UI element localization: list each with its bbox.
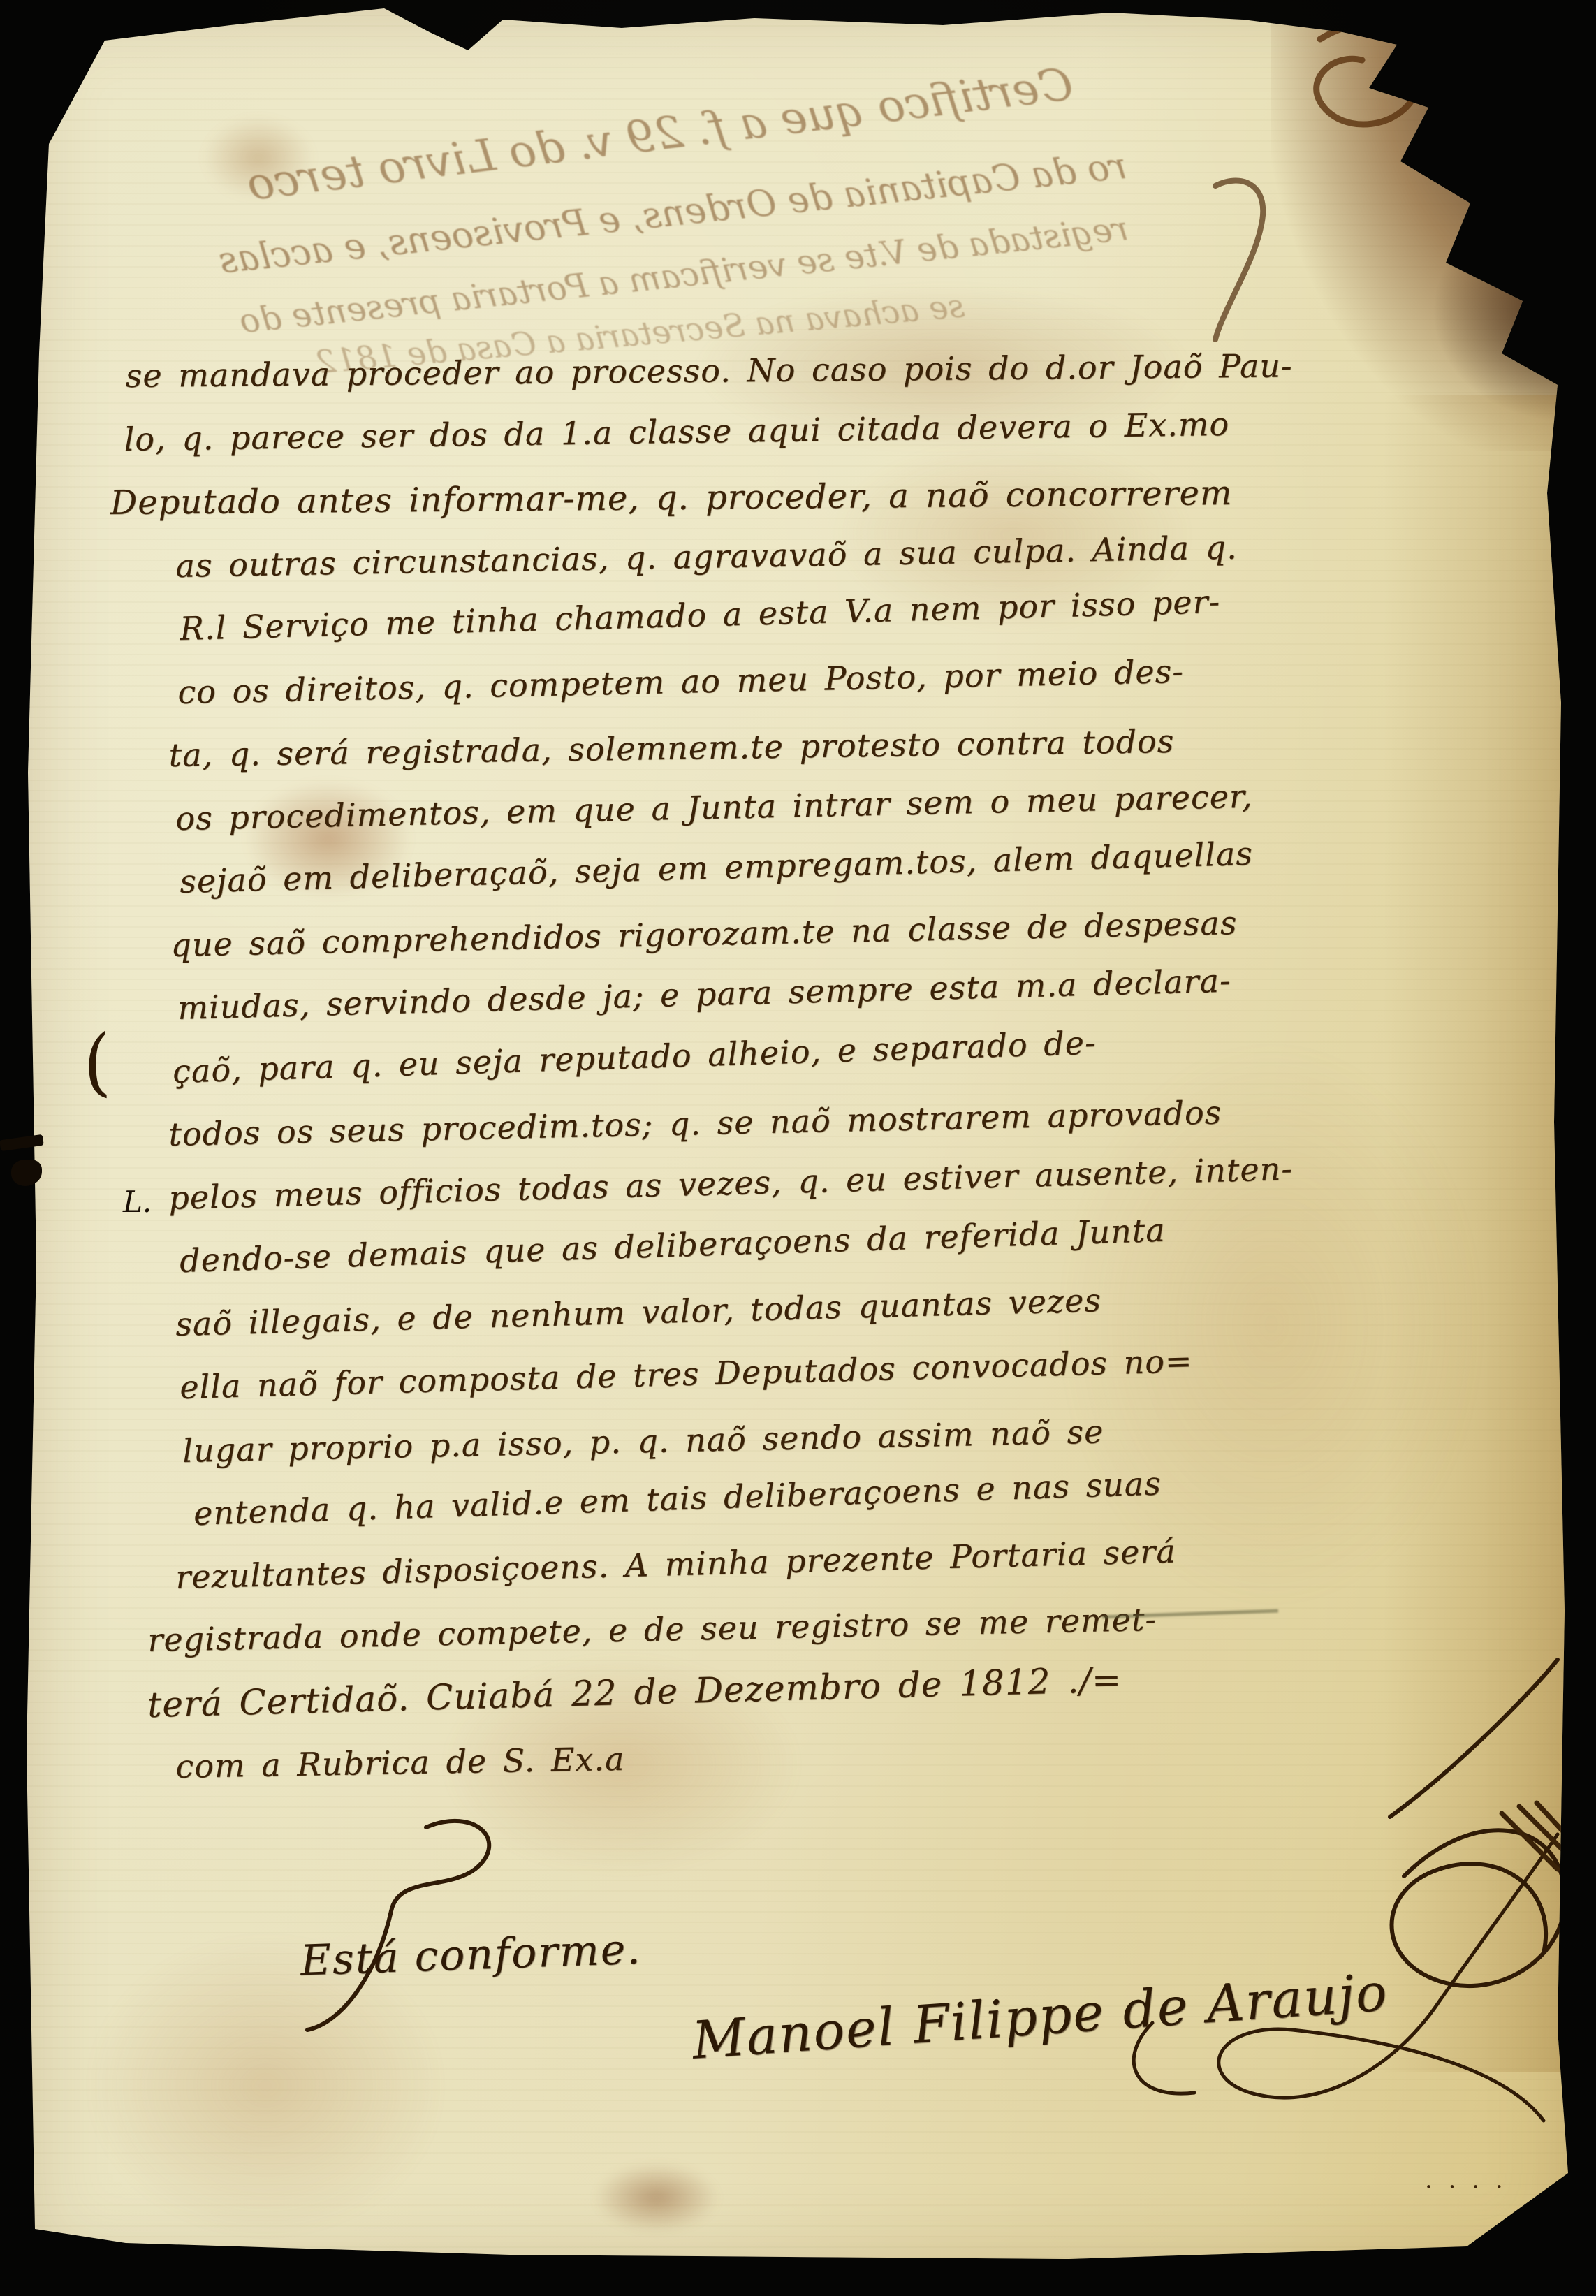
manuscript-line: as outras circunstancias, q. agravavaõ a…: [175, 528, 1238, 585]
manuscript-line: Deputado antes informar-me, q. proceder,…: [110, 474, 1233, 522]
closing-flourish: [279, 1813, 559, 2037]
bleedthrough-flourish: [1111, 11, 1474, 346]
manuscript-line: entenda q. ha valid.e em tais deliberaço…: [193, 1464, 1162, 1533]
manuscript-line: co os direitos, q. competem ao meu Posto…: [177, 652, 1184, 711]
manuscript-line: R.l Serviço me tinha chamado a esta V.a …: [180, 583, 1221, 648]
manuscript-line: se mandava proceder ao processo. No caso…: [126, 346, 1293, 395]
manuscript-line: miudas, servindo desde ja; e para sempre…: [177, 962, 1232, 1027]
manuscript-line: todos os seus procedim.tos; q. se naõ mo…: [168, 1093, 1222, 1153]
manuscript-line: terá Certidaõ. Cuiabá 22 de Dezembro de …: [147, 1659, 1122, 1725]
manuscript-line: lugar proprio p.a isso, p. q. naõ sendo …: [182, 1412, 1104, 1470]
manuscript-line: sejaõ em deliberaçaõ, seja em empregam.t…: [180, 835, 1254, 900]
manuscript-line: ella naõ for composta de tres Deputados …: [180, 1342, 1194, 1406]
manuscript-line: com a Rubrica de S. Ex.a: [175, 1740, 625, 1785]
manuscript-line: pelos meus officios todas as vezes, q. e…: [168, 1150, 1294, 1217]
margin-mark: L.: [123, 1185, 152, 1219]
manuscript-line: que saõ comprehendidos rigorozam.te na c…: [170, 904, 1238, 964]
manuscript-line: rezultantes disposiçoens. A minha prezen…: [175, 1533, 1177, 1596]
manuscript-paper-sheet: Certifico que a f. 29 v. do Livro terco …: [21, 4, 1575, 2274]
margin-brace: (: [74, 1018, 119, 1108]
manuscript-line: lo, q. parece ser dos da 1.a classe aqui…: [124, 405, 1229, 458]
ink-stain: [594, 2163, 719, 2232]
trailing-dots: . . . .: [1425, 2166, 1507, 2194]
manuscript-line: dendo-se demais que as deliberaçoens da …: [179, 1211, 1166, 1280]
scanned-document-canvas: Certifico que a f. 29 v. do Livro terco …: [0, 0, 1596, 2296]
signature-flourish: [1111, 1792, 1586, 2184]
manuscript-line: os procedimentos, em que a Junta intrar …: [175, 777, 1253, 838]
manuscript-line: registrada onde compete, e de seu regist…: [147, 1600, 1157, 1659]
manuscript-line: ta, q. será registrada, solemnem.te prot…: [168, 722, 1174, 774]
manuscript-line: çaõ, para q. eu seja reputado alheio, e …: [172, 1023, 1097, 1090]
manuscript-line: saõ illegais, e de nenhum valor, todas q…: [175, 1281, 1102, 1343]
